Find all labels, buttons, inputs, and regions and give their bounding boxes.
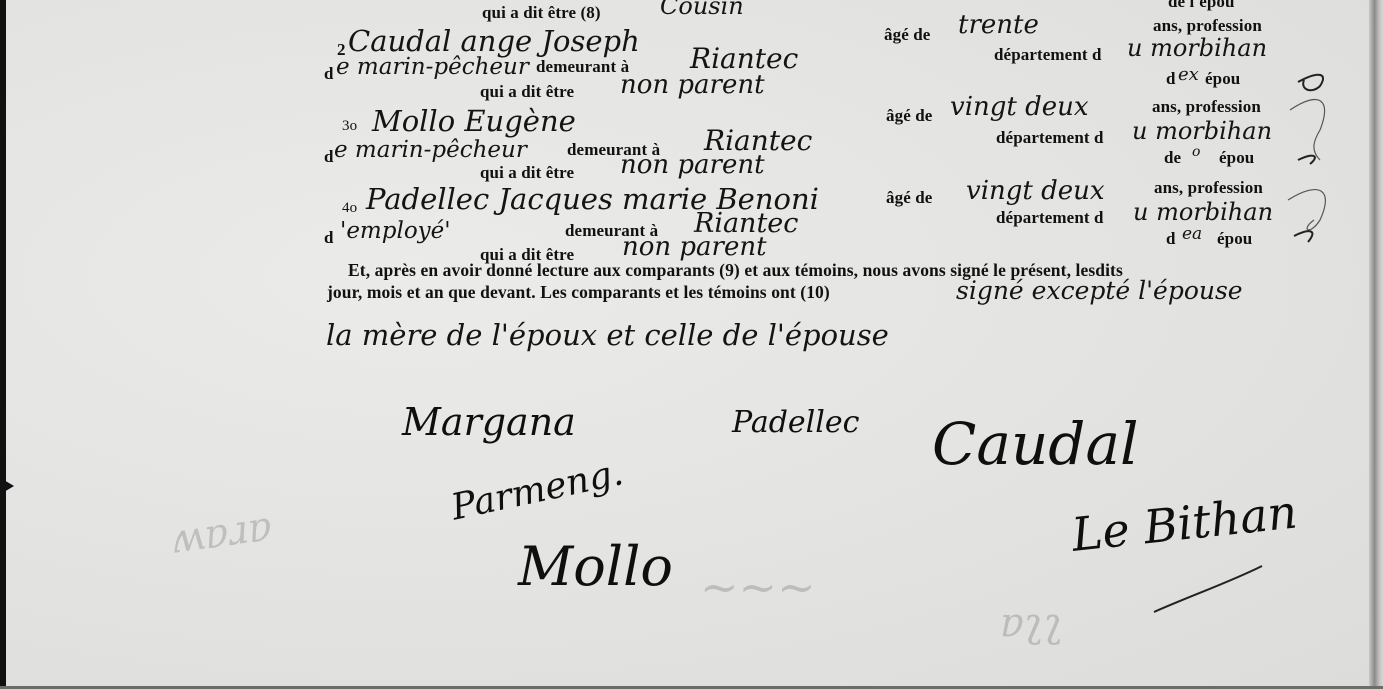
witness-4-number: 4o bbox=[342, 200, 357, 217]
witness-3-relation-label: qui a dit être bbox=[480, 163, 574, 183]
witness-4-department: u morbihan bbox=[1133, 198, 1273, 226]
witness-4-age-label: âgé de bbox=[886, 188, 932, 208]
witness-2-spouse-prefix: d bbox=[1166, 69, 1176, 89]
witness-4-spouse-fill: ea bbox=[1182, 224, 1202, 244]
witness-4-department-label: département d bbox=[996, 208, 1104, 228]
witness-4-age-suffix: ans, profession bbox=[1154, 178, 1263, 198]
binding-edge-left bbox=[0, 0, 6, 689]
signature-caudal: Caudal bbox=[932, 410, 1139, 478]
witness-2-age-suffix: ans, profession bbox=[1153, 16, 1262, 36]
witness-4-relation: non parent bbox=[622, 232, 767, 262]
witness-2-department: u morbihan bbox=[1127, 34, 1267, 62]
witness-3-age: vingt deux bbox=[950, 92, 1089, 122]
witness-3-relation: non parent bbox=[620, 150, 765, 180]
witness-2-profession: e marin-pêcheur bbox=[336, 54, 529, 80]
witness-3-age-suffix: ans, profession bbox=[1152, 97, 1261, 117]
witness-2-name: Caudal ange Joseph bbox=[348, 24, 640, 58]
bleed-through-writing: ɐʅʅ bbox=[1000, 600, 1063, 646]
witness-3-department: u morbihan bbox=[1132, 117, 1272, 145]
register-page: qui a dit être (8) Cousin de l'épou 2 Ca… bbox=[0, 0, 1383, 689]
signature-underline-flourish bbox=[1150, 560, 1270, 620]
witness-4-spouse-prefix: d bbox=[1166, 229, 1176, 249]
witness-3-profession: e marin-pêcheur bbox=[334, 137, 527, 163]
signature-margana: Margana bbox=[402, 400, 576, 444]
witness-4-profession-prefix: d bbox=[324, 228, 334, 248]
witness-2-age-label: âgé de bbox=[884, 25, 930, 45]
witness-1-relation: Cousin bbox=[660, 0, 744, 20]
signature-mollo: Mollo bbox=[518, 535, 673, 598]
witness-3-number: 3o bbox=[342, 118, 357, 135]
page-edge-right bbox=[1369, 0, 1383, 689]
witness-2-profession-prefix: d bbox=[324, 64, 334, 84]
closing-line-2-handwritten: signé excepté l'épouse bbox=[956, 276, 1243, 305]
witness-3-age-label: âgé de bbox=[886, 106, 932, 126]
witness-3-name: Mollo Eugène bbox=[372, 104, 576, 138]
margin-flourish-strokes bbox=[1280, 60, 1340, 260]
witness-2-spouse-suffix: épou bbox=[1205, 69, 1240, 89]
witness-4-profession: 'employé' bbox=[340, 218, 451, 244]
closing-line-2-printed: jour, mois et an que devant. Les compara… bbox=[327, 282, 830, 303]
witness-3-spouse-prefix: de bbox=[1164, 148, 1181, 168]
witness-4-spouse-suffix: épou bbox=[1217, 229, 1252, 249]
witness-2-relation: non parent bbox=[620, 70, 765, 100]
witness-2-age: trente bbox=[958, 10, 1039, 40]
bleed-through-writing: ~~~ bbox=[700, 560, 816, 614]
signature-le-bithan: Le Bithan bbox=[1069, 485, 1299, 562]
witness-3-spouse-suffix: épou bbox=[1219, 148, 1254, 168]
witness-3-department-label: département d bbox=[996, 128, 1104, 148]
witness-2-spouse-fill: ex bbox=[1178, 64, 1199, 85]
witness-1-spouse-label: de l'épou bbox=[1168, 0, 1235, 12]
witness-4-age: vingt deux bbox=[966, 176, 1105, 206]
signature-parmeng: Parmeng. bbox=[448, 452, 627, 528]
witness-2-relation-label: qui a dit être bbox=[480, 82, 574, 102]
bleed-through-writing: ʍɐɹɐ bbox=[167, 503, 274, 563]
witness-2-residence-label: demeurant à bbox=[536, 57, 629, 77]
page-marker-notch bbox=[4, 480, 14, 492]
witness-1-relation-label: qui a dit être (8) bbox=[482, 3, 601, 23]
witness-3-spouse-fill: o bbox=[1192, 144, 1200, 160]
signature-padellec: Padellec bbox=[732, 405, 859, 440]
witness-3-profession-prefix: d bbox=[324, 147, 334, 167]
closing-line-3-handwritten: la mère de l'époux et celle de l'épouse bbox=[326, 318, 889, 352]
witness-2-department-label: département d bbox=[994, 45, 1102, 65]
